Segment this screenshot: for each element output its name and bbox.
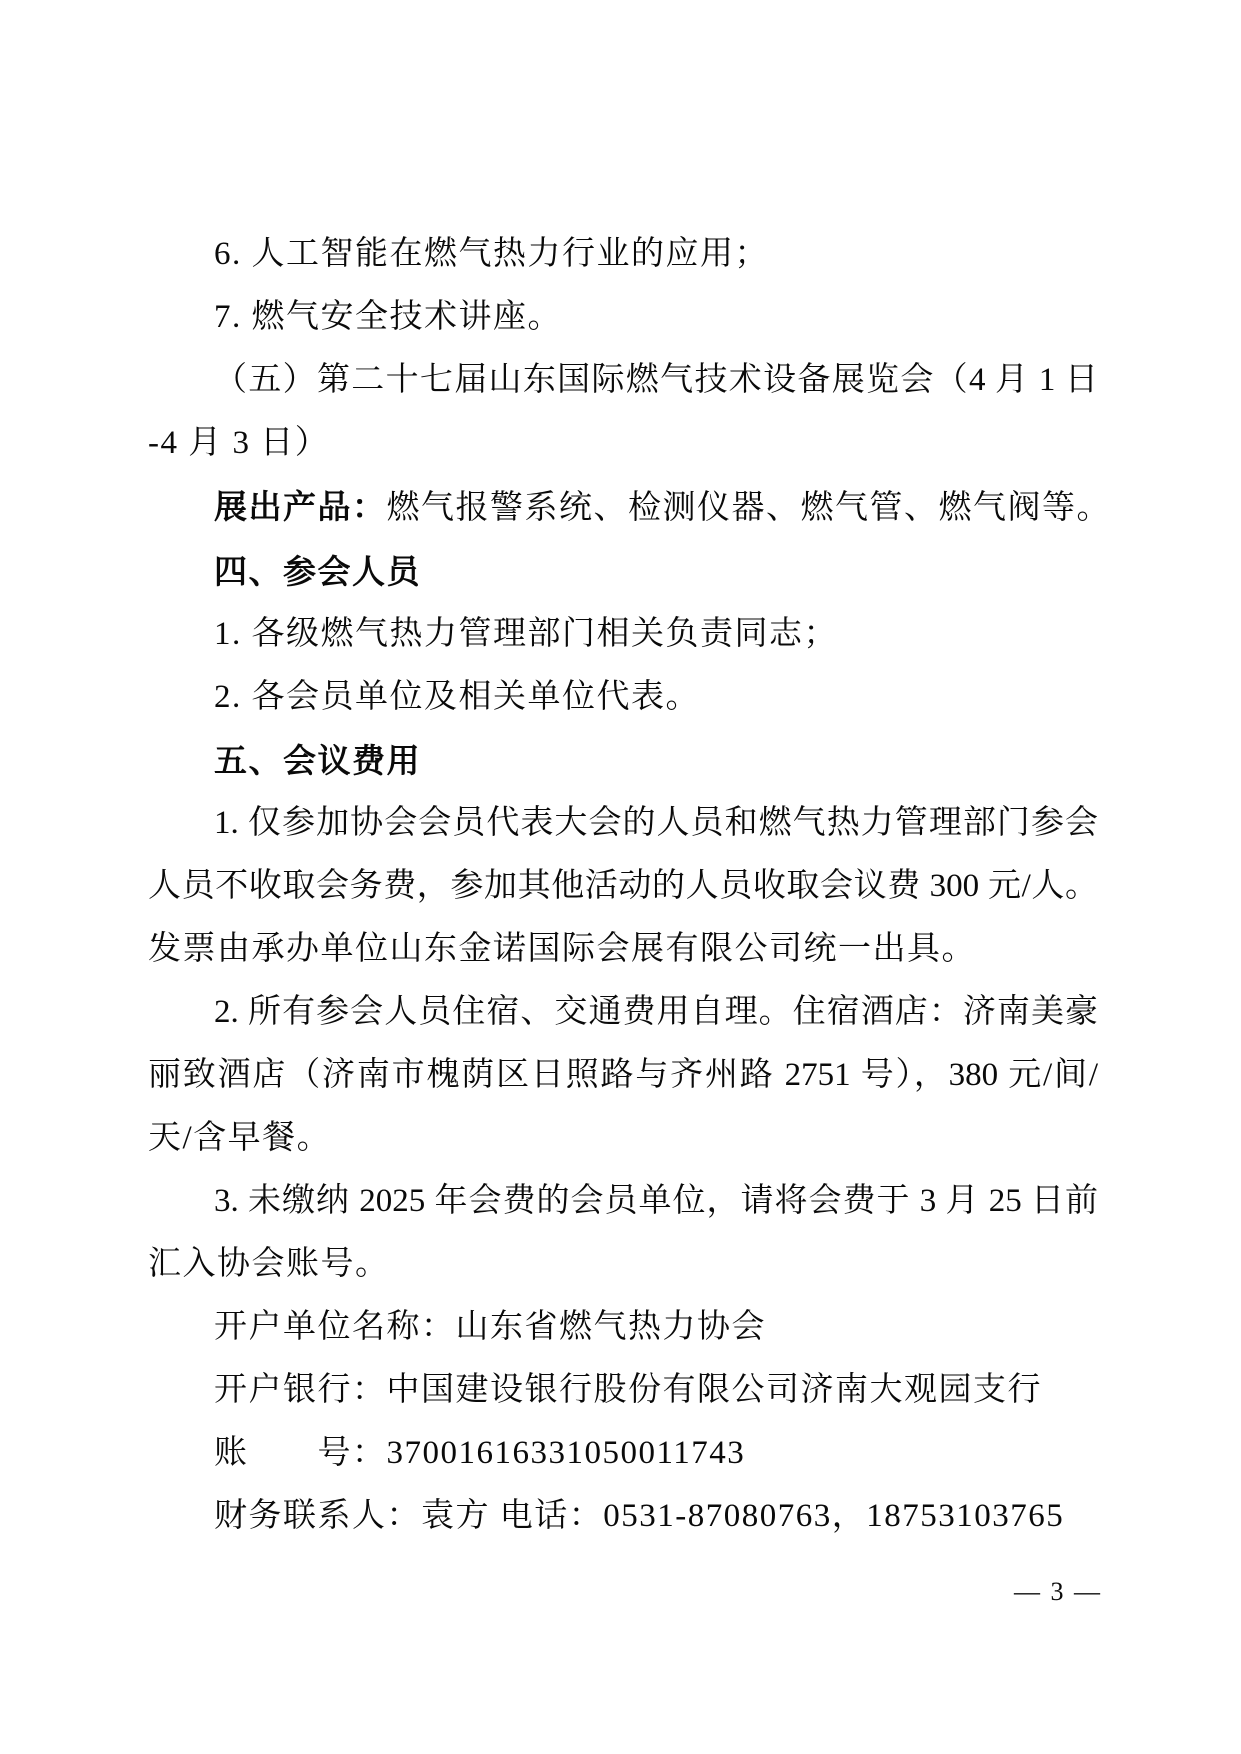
text-line: 2. 所有参会人员住宿、交通费用自理。住宿酒店：济南美豪 — [148, 981, 1098, 1044]
text-line: 1. 仅参加协会会员代表大会的人员和燃气热力管理部门参会 — [148, 792, 1098, 855]
section-heading: 四、参会人员 — [148, 540, 1098, 603]
text-line: （五）第二十七届山东国际燃气技术设备展览会（4 月 1 日 — [148, 349, 1098, 412]
text-line: 开户单位名称：山东省燃气热力协会 — [148, 1296, 1098, 1359]
document-body: 6. 人工智能在燃气热力行业的应用；7. 燃气安全技术讲座。（五）第二十七届山东… — [148, 223, 1098, 1548]
text-line: 2. 各会员单位及相关单位代表。 — [148, 666, 1098, 729]
line-text: 燃气报警系统、检测仪器、燃气管、燃气阀等。 — [387, 490, 1112, 526]
text-line: 1. 各级燃气热力管理部门相关负责同志； — [148, 603, 1098, 666]
text-line: 发票由承办单位山东金诺国际会展有限公司统一出具。 — [148, 918, 1098, 981]
text-line: 7. 燃气安全技术讲座。 — [148, 286, 1098, 349]
text-line: 汇入协会账号。 — [148, 1233, 1098, 1296]
section-heading: 五、会议费用 — [148, 729, 1098, 792]
text-line: 财务联系人：袁方 电话：0531-87080763，18753103765 — [148, 1485, 1098, 1548]
text-line: 开户银行：中国建设银行股份有限公司济南大观园支行 — [148, 1359, 1098, 1422]
text-line: 人员不收取会务费，参加其他活动的人员收取会议费 300 元/人。 — [148, 855, 1098, 918]
text-line: 3. 未缴纳 2025 年会费的会员单位，请将会费于 3 月 25 日前 — [148, 1170, 1098, 1233]
text-line: 6. 人工智能在燃气热力行业的应用； — [148, 223, 1098, 286]
document-page: 6. 人工智能在燃气热力行业的应用；7. 燃气安全技术讲座。（五）第二十七届山东… — [0, 0, 1241, 1754]
text-line: 账 号：37001616331050011743 — [148, 1422, 1098, 1485]
text-line: -4 月 3 日） — [148, 412, 1098, 475]
text-line: 丽致酒店（济南市槐荫区日照路与齐州路 2751 号），380 元/间/ — [148, 1044, 1098, 1107]
text-line: 展出产品：燃气报警系统、检测仪器、燃气管、燃气阀等。 — [148, 475, 1098, 540]
page-number: — 3 — — [1014, 1572, 1102, 1612]
text-line: 天/含早餐。 — [148, 1107, 1098, 1170]
line-lead-bold: 展出产品： — [214, 488, 387, 525]
